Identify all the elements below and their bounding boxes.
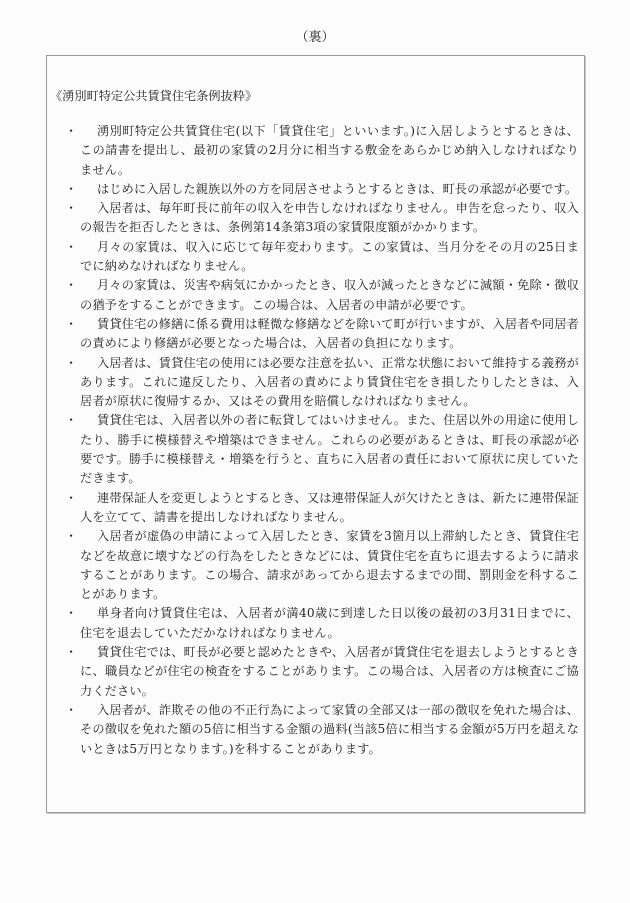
item-text: 入居者が虚偽の申請によって入居したとき、家賃を3箇月以上滞納したとき、賃貸住宅な… (80, 529, 579, 601)
section-title: 《湧別町特定公共賃貸住宅条例抜粋》 (50, 88, 257, 104)
bullet-icon: ・ (65, 701, 75, 720)
bullet-icon: ・ (65, 604, 75, 623)
ordinance-item-list: ・湧別町特定公共賃貸住宅(以下「賃貸住宅」といいます。)に入居しようとするときは… (63, 122, 579, 759)
bullet-icon: ・ (65, 643, 75, 662)
list-item: ・月々の家賃は、災害や病気にかかったとき、収入が減ったときなどに減額・免除・徴収… (63, 276, 579, 315)
list-item: ・はじめに入居した親族以外の方を同居させようとするときは、町長の承認が必要です。 (63, 180, 579, 199)
item-text: 月々の家賃は、災害や病気にかかったとき、収入が減ったときなどに減額・免除・徴収の… (80, 278, 579, 311)
bullet-icon: ・ (65, 411, 75, 430)
list-item: ・賃貸住宅の修繕に係る費用は軽微な修繕などを除いて町が行いますが、入居者や同居者… (63, 315, 579, 354)
bullet-icon: ・ (65, 315, 75, 334)
list-item: ・賃貸住宅は、入居者以外の者に転貸してはいけません。また、住居以外の用途に使用し… (63, 411, 579, 488)
list-item: ・湧別町特定公共賃貸住宅(以下「賃貸住宅」といいます。)に入居しようとするときは… (63, 122, 579, 180)
item-text: 賃貸住宅は、入居者以外の者に転貸してはいけません。また、住居以外の用途に使用した… (80, 413, 579, 485)
bullet-icon: ・ (65, 527, 75, 546)
item-text: 入居者が、詐欺その他の不正行為によって家賃の全部又は一部の徴収を免れた場合は、そ… (80, 703, 579, 756)
item-text: 賃貸住宅では、町長が必要と認めたときや、入居者が賃貸住宅を退去しようとするときに… (80, 645, 579, 698)
list-item: ・月々の家賃は、収入に応じて毎年変わります。この家賃は、当月分をその月の25日ま… (63, 238, 579, 277)
list-item: ・入居者が虚偽の申請によって入居したとき、家賃を3箇月以上滞納したとき、賃貸住宅… (63, 527, 579, 604)
item-text: 単身者向け賃貸住宅は、入居者が満40歳に到達した日以後の最初の3月31日までに、… (80, 606, 579, 639)
bullet-icon: ・ (65, 354, 75, 373)
list-item: ・単身者向け賃貸住宅は、入居者が満40歳に到達した日以後の最初の3月31日までに… (63, 604, 579, 643)
list-item: ・入居者は、賃貸住宅の使用には必要な注意を払い、正常な状態において維持する義務が… (63, 354, 579, 412)
bullet-icon: ・ (65, 489, 75, 508)
item-text: 連帯保証人を変更しようとするとき、又は連帯保証人が欠けたときは、新たに連帯保証人… (80, 491, 579, 524)
list-item: ・入居者が、詐欺その他の不正行為によって家賃の全部又は一部の徴収を免れた場合は、… (63, 701, 579, 759)
bullet-icon: ・ (65, 180, 75, 199)
item-text: 賃貸住宅の修繕に係る費用は軽微な修繕などを除いて町が行いますが、入居者や同居者の… (80, 317, 579, 350)
bullet-icon: ・ (65, 122, 75, 141)
item-text: 入居者は、賃貸住宅の使用には必要な注意を払い、正常な状態において維持する義務があ… (80, 356, 579, 409)
list-item: ・入居者は、毎年町長に前年の収入を申告しなければなりません。申告を怠ったり、収入… (63, 199, 579, 238)
bullet-icon: ・ (65, 238, 75, 257)
page-label: （裏） (0, 30, 630, 46)
ordinance-excerpt-box: 《湧別町特定公共賃貸住宅条例抜粋》 ・湧別町特定公共賃貸住宅(以下「賃貸住宅」と… (46, 55, 585, 813)
list-item: ・連帯保証人を変更しようとするとき、又は連帯保証人が欠けたときは、新たに連帯保証… (63, 489, 579, 528)
list-item: ・賃貸住宅では、町長が必要と認めたときや、入居者が賃貸住宅を退去しようとするとき… (63, 643, 579, 701)
item-text: 湧別町特定公共賃貸住宅(以下「賃貸住宅」といいます。)に入居しようとするときは、… (80, 124, 579, 177)
item-text: 月々の家賃は、収入に応じて毎年変わります。この家賃は、当月分をその月の25日まで… (80, 240, 579, 273)
bullet-icon: ・ (65, 276, 75, 295)
item-text: 入居者は、毎年町長に前年の収入を申告しなければなりません。申告を怠ったり、収入の… (80, 201, 579, 234)
item-text: はじめに入居した親族以外の方を同居させようとするときは、町長の承認が必要です。 (97, 182, 577, 196)
bullet-icon: ・ (65, 199, 75, 218)
